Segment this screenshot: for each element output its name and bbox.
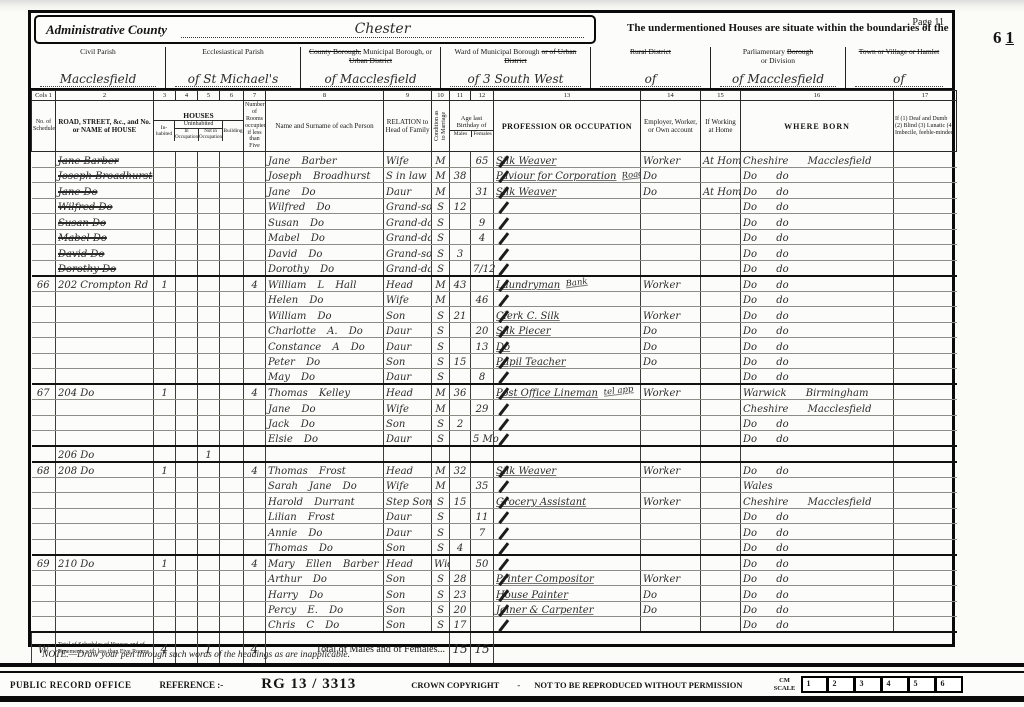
cell-working-at-home (701, 307, 741, 323)
cell-inhabited: 1 (154, 555, 176, 571)
cell-working-at-home (701, 214, 741, 230)
cell-working-at-home (701, 539, 741, 555)
cell-age-male (450, 431, 471, 447)
cell-infirmity (894, 539, 957, 555)
cell-uninhabited-not-in-occupation (198, 260, 220, 276)
cell-occupation (494, 617, 641, 633)
table-row: 206 Do 1 (32, 446, 957, 462)
age-female-text: 46 (476, 295, 489, 306)
cell-age-male (450, 508, 471, 524)
cell-name: Harry Do (266, 586, 384, 602)
cell-occupation: Silk Weaver (494, 152, 641, 168)
cell-building (220, 493, 244, 509)
cell-uninhabited-not-in-occupation (198, 183, 220, 199)
label-struck: Urban District (349, 56, 392, 65)
cell-working-at-home (701, 198, 741, 214)
cell-condition: S (432, 539, 450, 555)
cell-uninhabited-in-occupation (176, 586, 198, 602)
cell-rooms (244, 152, 266, 168)
cell-road: Jane Do (56, 183, 154, 199)
cell-occupation (494, 477, 641, 493)
age-female-text: 11 (476, 512, 489, 523)
cell-inhabited (154, 570, 176, 586)
cell-employer (641, 214, 701, 230)
cell-road (56, 307, 154, 323)
cell-relation: Daur (384, 431, 432, 447)
cell-schedule-number (32, 400, 56, 416)
cell-building (220, 307, 244, 323)
cell-infirmity (894, 152, 957, 168)
column-number: 3 (154, 91, 176, 101)
cell-schedule-number (32, 167, 56, 183)
cell-uninhabited-not-in-occupation (198, 493, 220, 509)
cell-uninhabited-not-in-occupation (198, 307, 220, 323)
table-row: Susan Do Susan Do Grand-daur S 9 Do do (32, 214, 957, 230)
cell-schedule-number (32, 570, 56, 586)
occupation-scribble: tel app (603, 384, 634, 398)
cell-road: Wilfred Do (56, 198, 154, 214)
cm-scale-box: 4 (882, 676, 909, 693)
totals-row: W Total of Schedules of Houses and of Te… (32, 632, 957, 665)
cell-name: Constance A Do (266, 338, 384, 354)
cell-schedule-number (32, 245, 56, 261)
cell-age-male (450, 322, 471, 338)
cell-age-male (450, 291, 471, 307)
cell-name: William L Hall (266, 276, 384, 292)
cell-age-male (450, 477, 471, 493)
cell-working-at-home (701, 384, 741, 400)
cell-rooms (244, 431, 266, 447)
cell-inhabited (154, 198, 176, 214)
road-text: 206 Do (58, 450, 94, 461)
total-females: 15 (471, 632, 494, 665)
cell-relation: Son (384, 307, 432, 323)
cell-age-female: 11 (471, 508, 494, 524)
cell-schedule-number (32, 152, 56, 168)
header-age: Age last Birthday of (450, 115, 493, 130)
age-female-text: 7 (479, 528, 485, 539)
cell-employer: Do (641, 183, 701, 199)
cell-condition: M (432, 183, 450, 199)
cell-road (56, 431, 154, 447)
header-employer: Employer, Worker, or Own account (641, 101, 701, 152)
cell-schedule-number: 69 (32, 555, 56, 571)
total-uninhabited: 1 (198, 632, 220, 665)
table-row: Jane Barber Jane Barber Wife M 65 Silk W… (32, 152, 957, 168)
cell-relation: Son (384, 617, 432, 633)
cell-name: Thomas Frost (266, 462, 384, 478)
cell-uninhabited-in-occupation (176, 167, 198, 183)
cell-rooms (244, 291, 266, 307)
cell-condition: S (432, 245, 450, 261)
cell-occupation (494, 198, 641, 214)
cell-building (220, 229, 244, 245)
cell-uninhabited-not-in-occupation (198, 229, 220, 245)
cell-uninhabited-not-in-occupation (198, 353, 220, 369)
cell-inhabited (154, 493, 176, 509)
table-row: 68 208 Do 1 4 Thomas Frost Head M 32 Sil… (32, 462, 957, 478)
table-row: David Do David Do Grand-son S 3 Do do (32, 245, 957, 261)
cell-age-male: 36 (450, 384, 471, 400)
header-houses-group: HOUSES In-habited Uninhabited In Occupat… (154, 101, 244, 152)
cell-infirmity (894, 183, 957, 199)
header-inhabited: In-habited (154, 121, 175, 140)
cell-working-at-home (701, 477, 741, 493)
cell-road (56, 524, 154, 540)
age-female-text: 13 (476, 342, 489, 353)
cell-building (220, 431, 244, 447)
road-text: Dorothy Do (58, 264, 116, 275)
table-row: Elsie Do Daur S 5 Mo Do do (32, 431, 957, 447)
table-row: Percy E. Do Son S 20 Joiner & Carpenter … (32, 601, 957, 617)
cell-age-female: 5 Mo (471, 431, 494, 447)
age-female-text: 8 (479, 372, 485, 383)
cell-condition: S (432, 431, 450, 447)
cell-uninhabited-not-in-occupation (198, 555, 220, 571)
cell-age-male: 32 (450, 462, 471, 478)
cell-inhabited (154, 322, 176, 338)
cell-uninhabited-not-in-occupation (198, 291, 220, 307)
cell-relation: Step Son (384, 493, 432, 509)
cell-employer (641, 617, 701, 633)
cell-where-born: Do do (741, 508, 894, 524)
cell-schedule-number (32, 307, 56, 323)
cell-condition: M (432, 167, 450, 183)
cell-schedule-number (32, 586, 56, 602)
cell-age-male: 15 (450, 493, 471, 509)
cell-inhabited (154, 338, 176, 354)
cell-building (220, 353, 244, 369)
age-female-text: 31 (476, 187, 489, 198)
cell-name: Jack Do (266, 415, 384, 431)
cell-name: Joseph Broadhurst (266, 167, 384, 183)
permission-label: NOT TO BE REPRODUCED WITHOUT PERMISSION (534, 680, 742, 690)
cell-building (220, 260, 244, 276)
cell-rooms: 4 (244, 462, 266, 478)
cell-schedule-number (32, 260, 56, 276)
civil-parish-value: Macclesfield (40, 72, 156, 87)
cell-inhabited (154, 446, 176, 462)
cell-where-born: Do do (741, 307, 894, 323)
cell-working-at-home (701, 462, 741, 478)
header-uninhabited: Uninhabited (175, 121, 222, 129)
cell-age-male (450, 183, 471, 199)
table-row: Lilian Frost Daur S 11 Do do (32, 508, 957, 524)
cell-age-male: 38 (450, 167, 471, 183)
cell-building (220, 338, 244, 354)
cell-uninhabited-not-in-occupation (198, 617, 220, 633)
cell-relation: Head (384, 276, 432, 292)
occupation-text: Grocery Assistant (496, 497, 586, 508)
cell-working-at-home (701, 276, 741, 292)
cell-rooms (244, 586, 266, 602)
road-text: 208 Do (58, 466, 94, 477)
cell-road: 202 Crompton Rd (56, 276, 154, 292)
cell-age-female (471, 539, 494, 555)
cell-rooms (244, 524, 266, 540)
empty-cell (220, 632, 244, 665)
separator-dash: - (517, 680, 520, 690)
cell-inhabited (154, 508, 176, 524)
column-number: 12 (471, 91, 494, 101)
cell-name: Charlotte A. Do (266, 322, 384, 338)
cell-road (56, 369, 154, 385)
cell-schedule-number: 67 (32, 384, 56, 400)
cell-employer: Worker (641, 384, 701, 400)
pro-office-label: PUBLIC RECORD OFFICE (10, 680, 132, 690)
cell-rooms (244, 307, 266, 323)
cell-age-female (471, 245, 494, 261)
cell-building (220, 400, 244, 416)
cell-age-male (450, 229, 471, 245)
cell-working-at-home (701, 493, 741, 509)
cell-rooms (244, 214, 266, 230)
cell-age-female: 65 (471, 152, 494, 168)
cell-age-male (450, 524, 471, 540)
cell-name: Chris C Do (266, 617, 384, 633)
table-row: Harry Do Son S 23 House Painter Do Do do (32, 586, 957, 602)
cell-infirmity (894, 601, 957, 617)
cell-uninhabited-not-in-occupation (198, 431, 220, 447)
cell-uninhabited-in-occupation (176, 152, 198, 168)
cell-road: 206 Do (56, 446, 154, 462)
cell-employer (641, 369, 701, 385)
cell-inhabited (154, 369, 176, 385)
cm-scale-ruler: 123456 (801, 676, 963, 693)
cell-building (220, 183, 244, 199)
cell-employer: Worker (641, 307, 701, 323)
label-text: Ward of Municipal Borough (455, 47, 542, 56)
cell-schedule-number: 66 (32, 276, 56, 292)
cell-working-at-home (701, 570, 741, 586)
column-number: 16 (741, 91, 894, 101)
cell-uninhabited-in-occupation (176, 617, 198, 633)
cell-road (56, 353, 154, 369)
cell-relation: Wife (384, 477, 432, 493)
cm-scale-box: 3 (855, 676, 882, 693)
cell-inhabited (154, 245, 176, 261)
table-row: 66 202 Crompton Rd 1 4 William L Hall He… (32, 276, 957, 292)
label-text: or Division (761, 56, 795, 65)
road-text: David Do (58, 249, 104, 260)
cell-building (220, 276, 244, 292)
cell-where-born: Do do (741, 183, 894, 199)
header-name: Name and Surname of each Person (266, 101, 384, 152)
cell-uninhabited-not-in-occupation (198, 524, 220, 540)
cell-condition (432, 446, 450, 462)
cell-relation: Grand-daur (384, 214, 432, 230)
totals-label-left: Total of Schedules of Houses and of Tene… (56, 632, 154, 665)
cell-rooms (244, 322, 266, 338)
cell-name: Jane Do (266, 183, 384, 199)
document-border: Administrative County Chester The underm… (28, 10, 955, 647)
cell-occupation (494, 260, 641, 276)
age-female-text: 7/12 (473, 264, 495, 275)
cell-uninhabited-in-occupation (176, 384, 198, 400)
cell-relation: Daur (384, 183, 432, 199)
occupation-text: Printer Compositor (496, 574, 594, 585)
cell-condition: M (432, 462, 450, 478)
road-text: 204 Do (58, 388, 94, 399)
cell-relation: Grand-son (384, 245, 432, 261)
cell-building (220, 384, 244, 400)
cell-schedule-number (32, 214, 56, 230)
cell-occupation (494, 229, 641, 245)
cell-employer (641, 229, 701, 245)
cell-age-male (450, 369, 471, 385)
cell-uninhabited-in-occupation (176, 601, 198, 617)
cell-name: Helen Do (266, 291, 384, 307)
cell-age-female (471, 198, 494, 214)
table-row: Peter Do Son S 15 Pupil Teacher Do Do do (32, 353, 957, 369)
totals-label-right: Total of Males and of Females... (266, 632, 450, 665)
cell-schedule-number (32, 183, 56, 199)
cell-where-born: Do do (741, 524, 894, 540)
table-row: Harold Durrant Step Son S 15 Grocery Ass… (32, 493, 957, 509)
cell-relation: Wife (384, 291, 432, 307)
cell-age-female: 13 (471, 338, 494, 354)
cell-occupation (494, 508, 641, 524)
cell-where-born: Do do (741, 415, 894, 431)
total-small-tenements: 4 (244, 632, 266, 665)
cell-working-at-home (701, 229, 741, 245)
cell-uninhabited-in-occupation (176, 369, 198, 385)
cell-age-male (450, 400, 471, 416)
cell-age-female (471, 307, 494, 323)
cell-where-born: Do do (741, 601, 894, 617)
cell-inhabited: 1 (154, 384, 176, 400)
cell-infirmity (894, 617, 957, 633)
cell-building (220, 446, 244, 462)
cell-infirmity (894, 524, 957, 540)
cell-employer (641, 245, 701, 261)
road-text: 210 Do (58, 559, 94, 570)
cell-inhabited (154, 353, 176, 369)
table-row: 67 204 Do 1 4 Thomas Kelley Head M 36 Po… (32, 384, 957, 400)
cell-infirmity (894, 508, 957, 524)
cell-condition: S (432, 369, 450, 385)
cell-relation: Grand-daur (384, 260, 432, 276)
ecclesiastical-parish-value: of St Michael's (175, 72, 291, 87)
cell-building (220, 214, 244, 230)
cell-rooms (244, 400, 266, 416)
cm-scale-box: 6 (936, 676, 963, 693)
rural-district-value: of (600, 72, 701, 87)
header-where-born: WHERE BORN (741, 101, 894, 152)
cell-road: 204 Do (56, 384, 154, 400)
cell-relation: Head (384, 462, 432, 478)
cell-condition: M (432, 384, 450, 400)
cell-infirmity (894, 415, 957, 431)
cell-occupation (494, 524, 641, 540)
cell-condition: S (432, 214, 450, 230)
cell-age-male: 43 (450, 276, 471, 292)
cell-schedule-number (32, 369, 56, 385)
cell-relation: Grand-daur (384, 229, 432, 245)
table-row: May Do Daur S 8 Do do (32, 369, 957, 385)
cell-relation: Head (384, 384, 432, 400)
cell-road (56, 570, 154, 586)
cell-where-born: Do do (741, 617, 894, 633)
cell-employer: Worker (641, 152, 701, 168)
label-struck: Town or Village or Hamlet (859, 47, 940, 56)
cell-age-male (450, 214, 471, 230)
cell-name: Annie Do (266, 524, 384, 540)
cell-where-born (741, 446, 894, 462)
cell-inhabited: 1 (154, 276, 176, 292)
cell-name: Mabel Do (266, 229, 384, 245)
cell-condition: S (432, 415, 450, 431)
cell-working-at-home (701, 353, 741, 369)
cell-road (56, 322, 154, 338)
cell-where-born: Do do (741, 245, 894, 261)
cell-where-born: Do do (741, 338, 894, 354)
cell-occupation: Grocery Assistant (494, 493, 641, 509)
cell-occupation (494, 291, 641, 307)
cell-age-male: 21 (450, 307, 471, 323)
cell-inhabited (154, 601, 176, 617)
cell-age-female: 8 (471, 369, 494, 385)
cell-employer (641, 291, 701, 307)
table-row: Sarah Jane Do Wife M 35 Wales (32, 477, 957, 493)
cell-name: Jane Barber (266, 152, 384, 168)
header-rooms: Number of Rooms occupied if less than Fi… (244, 101, 266, 152)
cell-schedule-number (32, 524, 56, 540)
cell-road (56, 617, 154, 633)
cell-condition: S (432, 198, 450, 214)
cell-employer (641, 415, 701, 431)
table-row: Helen Do Wife M 46 Do do (32, 291, 957, 307)
cell-age-female: 31 (471, 183, 494, 199)
folio-stamp-1: 1 (1006, 28, 1015, 47)
cell-schedule-number (32, 539, 56, 555)
column-number: 13 (494, 91, 641, 101)
civil-parish-cell: Civil Parish Macclesfield (31, 47, 166, 88)
cell-infirmity (894, 229, 957, 245)
header-condition: Condition as to Marriage (432, 101, 450, 152)
cell-name: Wilfred Do (266, 198, 384, 214)
cell-age-male (450, 555, 471, 571)
cell-age-female: 7 (471, 524, 494, 540)
cell-uninhabited-in-occupation (176, 198, 198, 214)
cell-employer: Do (641, 601, 701, 617)
cell-schedule-number (32, 508, 56, 524)
cell-building (220, 555, 244, 571)
cell-name: David Do (266, 245, 384, 261)
table-row: Annie Do Daur S 7 Do do (32, 524, 957, 540)
cell-infirmity (894, 338, 957, 354)
crown-copyright-label: CROWN COPYRIGHT (411, 680, 499, 690)
cell-working-at-home (701, 338, 741, 354)
cell-road: Jane Barber (56, 152, 154, 168)
cell-building (220, 369, 244, 385)
cell-occupation: Pupil Teacher (494, 353, 641, 369)
occupation-text: Joiner & Carpenter (496, 605, 594, 616)
cell-condition: S (432, 570, 450, 586)
road-text: Joseph Broadhurst (58, 171, 152, 182)
cell-uninhabited-not-in-occupation (198, 477, 220, 493)
cell-relation: Wife (384, 152, 432, 168)
cell-relation: Daur (384, 524, 432, 540)
municipal-borough-value: of Macclesfield (310, 72, 431, 87)
cell-where-born: Do do (741, 198, 894, 214)
cell-condition: M (432, 152, 450, 168)
cell-uninhabited-not-in-occupation (198, 214, 220, 230)
age-female-text: 20 (476, 326, 489, 337)
cell-where-born: Do do (741, 586, 894, 602)
age-female-text: 35 (476, 481, 489, 492)
cell-condition: S (432, 260, 450, 276)
